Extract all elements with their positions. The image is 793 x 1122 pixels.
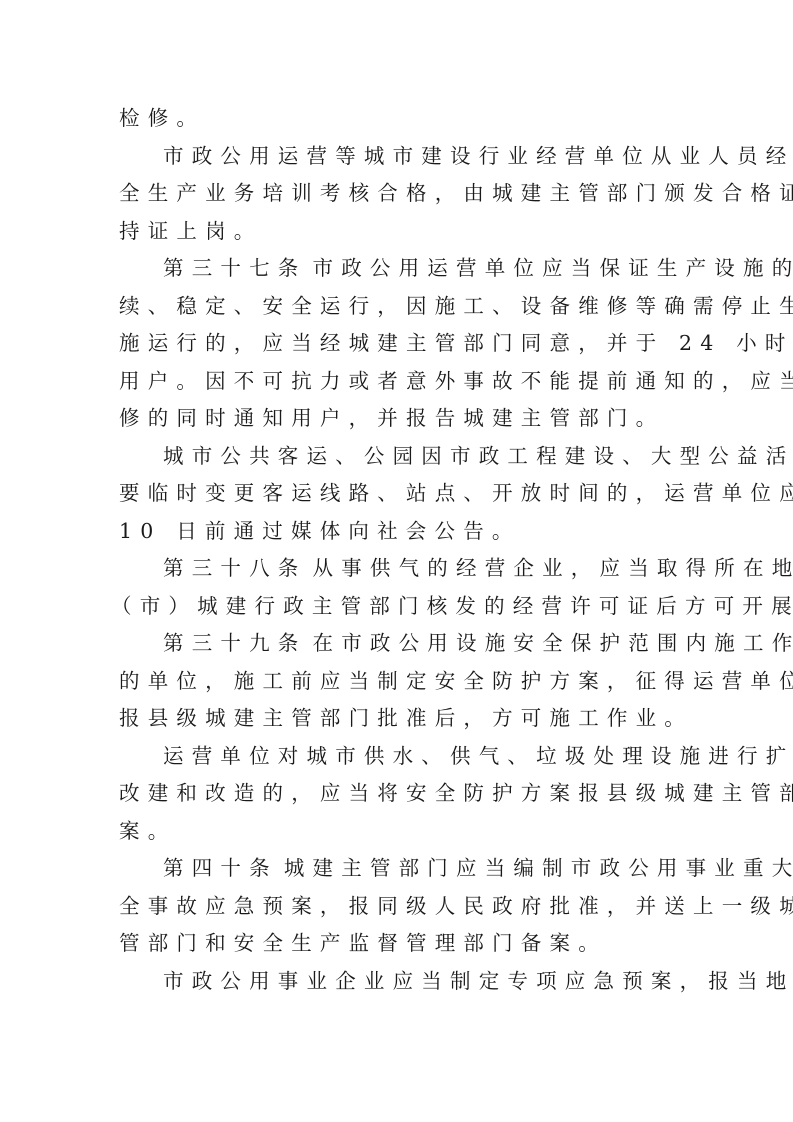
text-line: 检修。 — [119, 100, 679, 138]
text-line: （市）城建行政主管部门核发的经营许可证后方可开展经营。 — [111, 588, 679, 626]
text-line: 市政公用事业企业应当制定专项应急预案，报当地城建 — [119, 963, 679, 1001]
article-40: 第四十条城建主管部门应当编制市政公用事业重大安 全事故应急预案，报同级人民政府批… — [119, 850, 679, 963]
text-line: 第三十七条市政公用运营单位应当保证生产设施的持 — [119, 250, 679, 288]
text-line: 修的同时通知用户，并报告城建主管部门。 — [119, 400, 679, 438]
text-line: 持证上岗。 — [119, 213, 679, 251]
paragraph-emergency-plan: 市政公用事业企业应当制定专项应急预案，报当地城建 — [119, 963, 679, 1001]
article-text: 城建主管部门应当编制市政公用事业重大安 — [284, 856, 793, 880]
text-line: 第三十九条在市政公用设施安全保护范围内施工作业 — [119, 625, 679, 663]
article-number: 第四十条 — [163, 856, 278, 880]
article-number: 第三十八条 — [163, 556, 307, 580]
paragraph-public-transit-notice: 城市公共客运、公园因市政工程建设、大型公益活动需 要临时变更客运线路、站点、开放… — [119, 438, 679, 551]
paragraph-continuation: 检修。 — [119, 100, 679, 138]
text-line: 报县级城建主管部门批准后，方可施工作业。 — [119, 700, 679, 738]
text-line: 的单位，施工前应当制定安全防护方案，征得运营单位同意， — [119, 663, 679, 701]
document-body: 检修。 市政公用运营等城市建设行业经营单位从业人员经安 全生产业务培训考核合格，… — [119, 100, 679, 1000]
text-line: 10 日前通过媒体向社会公告。 — [119, 513, 679, 551]
text-line: 第三十八条从事供气的经营企业，应当取得所在地州 — [119, 550, 679, 588]
article-text: 在市政公用设施安全保护范围内施工作业 — [313, 631, 793, 655]
text-line: 案。 — [119, 813, 679, 851]
paragraph-staff-certification: 市政公用运营等城市建设行业经营单位从业人员经安 全生产业务培训考核合格，由城建主… — [119, 138, 679, 251]
article-37: 第三十七条市政公用运营单位应当保证生产设施的持 续、稳定、安全运行，因施工、设备… — [119, 250, 679, 438]
article-38: 第三十八条从事供气的经营企业，应当取得所在地州 （市）城建行政主管部门核发的经营… — [119, 550, 679, 625]
text-line: 市政公用运营等城市建设行业经营单位从业人员经安 — [119, 138, 679, 176]
paragraph-facility-expansion: 运营单位对城市供水、供气、垃圾处理设施进行扩建、 改建和改造的，应当将安全防护方… — [119, 738, 679, 851]
text-line: 施运行的，应当经城建主管部门同意，并于 24 小时前通知 — [119, 325, 679, 363]
article-text: 市政公用运营单位应当保证生产设施的持 — [313, 256, 793, 280]
text-line: 续、稳定、安全运行，因施工、设备维修等确需停止生产设 — [119, 288, 679, 326]
document-page: 检修。 市政公用运营等城市建设行业经营单位从业人员经安 全生产业务培训考核合格，… — [0, 0, 793, 1122]
text-line: 第四十条城建主管部门应当编制市政公用事业重大安 — [119, 850, 679, 888]
text-line: 要临时变更客运线路、站点、开放时间的，运营单位应当于 — [119, 475, 679, 513]
article-number: 第三十七条 — [163, 256, 307, 280]
text-line: 管部门和安全生产监督管理部门备案。 — [119, 925, 679, 963]
article-text: 从事供气的经营企业，应当取得所在地州 — [313, 556, 793, 580]
text-line: 全事故应急预案，报同级人民政府批准，并送上一级城建主 — [119, 888, 679, 926]
article-39: 第三十九条在市政公用设施安全保护范围内施工作业 的单位，施工前应当制定安全防护方… — [119, 625, 679, 738]
text-line: 城市公共客运、公园因市政工程建设、大型公益活动需 — [119, 438, 679, 476]
text-line: 用户。因不可抗力或者意外事故不能提前通知的，应当在抢 — [119, 363, 679, 401]
text-line: 改建和改造的，应当将安全防护方案报县级城建主管部门备 — [119, 775, 679, 813]
text-line: 全生产业务培训考核合格，由城建主管部门颁发合格证件， — [119, 175, 679, 213]
text-line: 运营单位对城市供水、供气、垃圾处理设施进行扩建、 — [119, 738, 679, 776]
article-number: 第三十九条 — [163, 631, 307, 655]
